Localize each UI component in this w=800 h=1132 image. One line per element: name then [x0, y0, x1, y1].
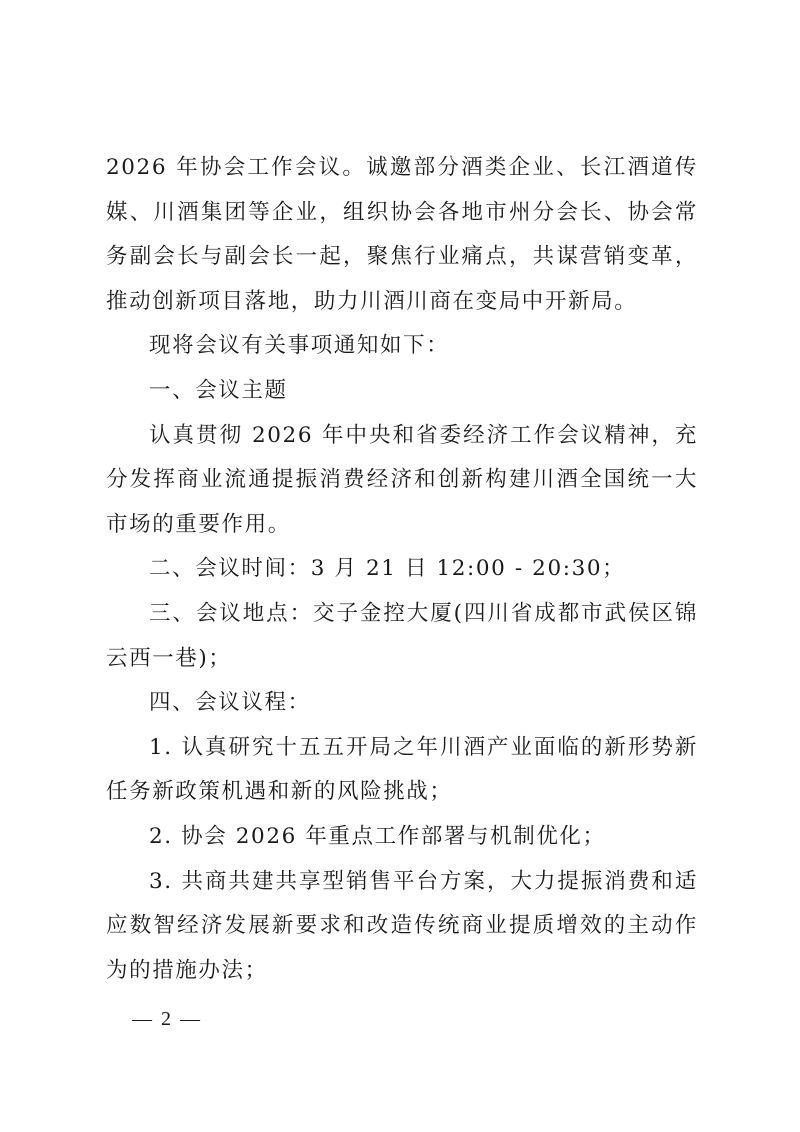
agenda-item-1: 1. 认真研究十五五开局之年川酒产业面临的新形势新任务新政策机遇和新的风险挑战；: [106, 726, 698, 815]
paragraph-meeting-theme: 认真贯彻 2026 年中央和省委经济工作会议精神，充分发挥商业流通提振消费经济和…: [106, 414, 698, 548]
agenda-item-3: 3. 共商共建共享型销售平台方案，大力提振消费和适应数智经济发展新要求和改造传统…: [106, 860, 698, 994]
page-number: — 2 —: [132, 1008, 202, 1031]
item-meeting-location: 三、会议地点：交子金控大厦(四川省成都市武侯区锦云西一巷)；: [106, 592, 698, 681]
heading-meeting-theme: 一、会议主题: [106, 369, 698, 414]
heading-meeting-agenda: 四、会议议程：: [106, 681, 698, 726]
document-page: 2026 年协会工作会议。诚邀部分酒类企业、长江酒道传媒、川酒集团等企业，组织协…: [0, 0, 800, 1132]
paragraph-notice-lead: 现将会议有关事项通知如下：: [106, 324, 698, 369]
agenda-item-2: 2. 协会 2026 年重点工作部署与机制优化；: [106, 815, 698, 860]
paragraph-intro-continued: 2026 年协会工作会议。诚邀部分酒类企业、长江酒道传媒、川酒集团等企业，组织协…: [106, 146, 698, 324]
item-meeting-time: 二、会议时间：3 月 21 日 12:00 - 20:30；: [106, 547, 698, 592]
document-body: 2026 年协会工作会议。诚邀部分酒类企业、长江酒道传媒、川酒集团等企业，组织协…: [106, 146, 698, 993]
